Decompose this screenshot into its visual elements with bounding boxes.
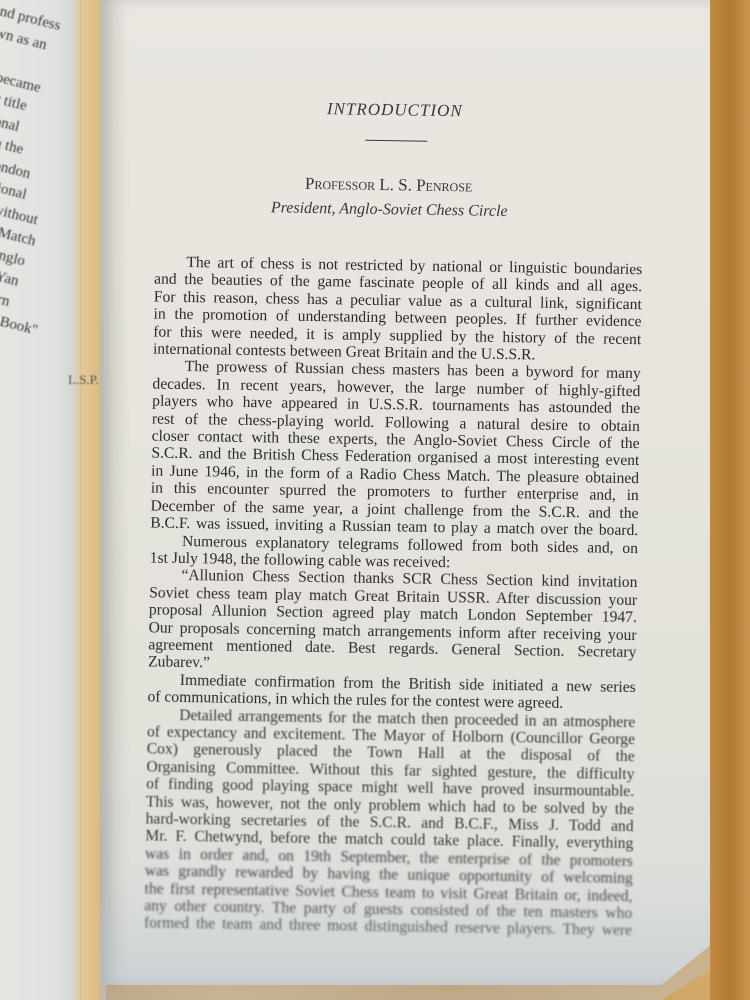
author-role: President, Anglo-Soviet Chess Circle: [135, 197, 643, 223]
facing-left-page: and profess own as an nd became aster ti…: [0, 0, 80, 1000]
paragraph: The art of chess is not restricted by na…: [121, 253, 643, 366]
title-divider: [365, 140, 427, 142]
body-text: The art of chess is not restricted by na…: [112, 253, 643, 940]
page-shadow: [100, 880, 710, 1000]
telegram-quote: “Allunion Chess Section thanks SCR Chess…: [116, 566, 638, 679]
author-name: Professor L. S. Penrose: [134, 171, 644, 199]
left-page-signature: L.S.P.: [68, 372, 99, 388]
page-content: INTRODUCTION Professor L. S. Penrose Pre…: [112, 96, 645, 940]
left-page-text: and profess own as an nd became aster ti…: [0, 0, 80, 337]
paragraph: The prowess of Russian chess masters has…: [118, 357, 641, 539]
table-edge: [710, 0, 750, 1000]
